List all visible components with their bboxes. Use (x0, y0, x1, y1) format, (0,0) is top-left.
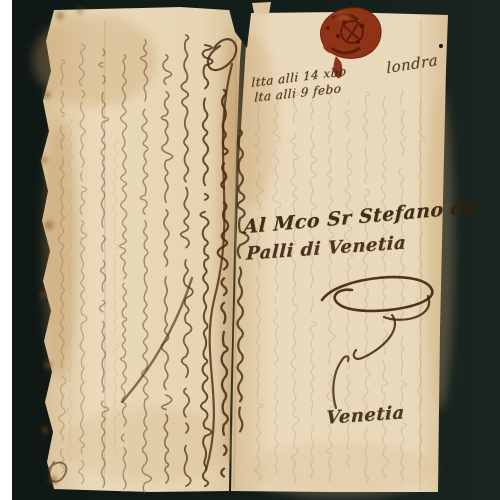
left-letter-panel (33, 7, 244, 492)
paper-stain (65, 407, 235, 483)
ink-dot (439, 44, 443, 48)
paper-stain (33, 14, 157, 106)
paper-tab (252, 2, 271, 14)
paper-stain (245, 442, 435, 498)
letter-artwork (0, 0, 500, 500)
edge-shading (426, 90, 454, 410)
seam-shading (222, 35, 278, 205)
letter-photo: londra ltta alli 14 xbo lta alli 9 febo … (0, 0, 500, 500)
